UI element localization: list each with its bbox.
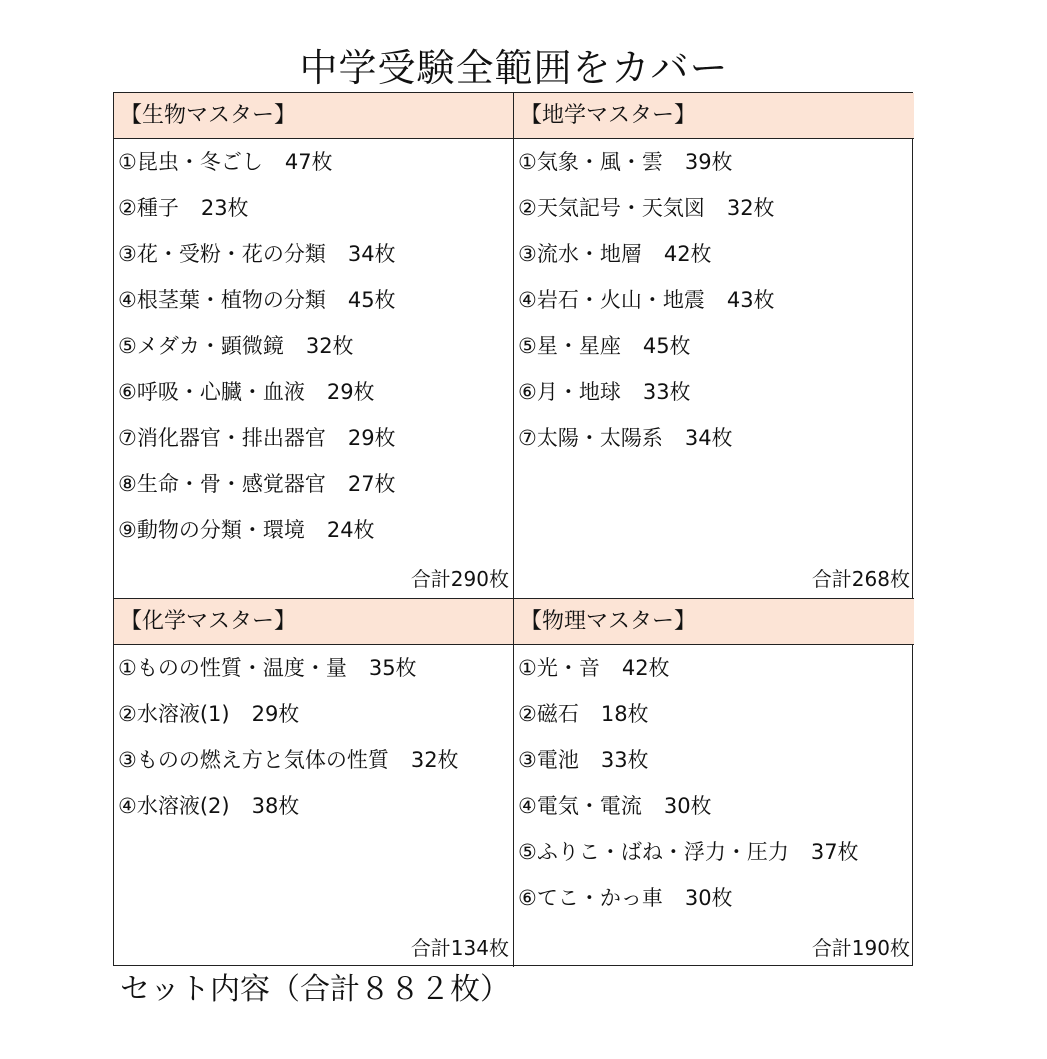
item-count: 30枚 xyxy=(685,886,733,910)
item-label: ⑤メダカ・顕微鏡 xyxy=(118,334,284,358)
contents-table: 【生物マスター】 ①昆虫・冬ごし47枚 ②種子23枚 ③花・受粉・花の分類34枚… xyxy=(113,92,913,966)
item-count: 18枚 xyxy=(601,702,649,726)
list-item: ⑥てこ・かっ車30枚 xyxy=(514,875,914,921)
item-count: 27枚 xyxy=(348,472,396,496)
list-item: ①光・音42枚 xyxy=(514,645,914,691)
list-item: ⑤ふりこ・ばね・浮力・圧力37枚 xyxy=(514,829,914,875)
item-label: ①光・音 xyxy=(518,656,600,680)
section-physics: 【物理マスター】 ①光・音42枚 ②磁石18枚 ③電池33枚 ④電気・電流30枚… xyxy=(514,599,914,967)
section-chemistry: 【化学マスター】 ①ものの性質・温度・量35枚 ②水溶液(1)29枚 ③ものの燃… xyxy=(114,599,514,967)
item-count: 47枚 xyxy=(285,150,333,174)
list-item: ①気象・風・雲39枚 xyxy=(514,139,914,185)
item-label: ②天気記号・天気図 xyxy=(518,196,705,220)
set-contents-summary: セット内容（合計８８２枚） xyxy=(120,968,510,1012)
list-item: ②天気記号・天気図32枚 xyxy=(514,185,914,231)
section-total: 合計290枚 xyxy=(411,566,509,592)
list-item: ②種子23枚 xyxy=(114,185,513,231)
item-count: 24枚 xyxy=(327,518,375,542)
section-heading: 【地学マスター】 xyxy=(514,93,914,139)
list-item: ⑦消化器官・排出器官29枚 xyxy=(114,415,513,461)
item-count: 32枚 xyxy=(306,334,354,358)
item-label: ①気象・風・雲 xyxy=(518,150,663,174)
list-item: ⑦太陽・太陽系34枚 xyxy=(514,415,914,461)
list-item: ③流水・地層42枚 xyxy=(514,231,914,277)
item-count: 42枚 xyxy=(622,656,670,680)
item-label: ⑤ふりこ・ばね・浮力・圧力 xyxy=(518,840,789,864)
item-list: ①気象・風・雲39枚 ②天気記号・天気図32枚 ③流水・地層42枚 ④岩石・火山… xyxy=(514,139,914,461)
list-item: ⑥呼吸・心臓・血液29枚 xyxy=(114,369,513,415)
section-total: 合計268枚 xyxy=(812,566,910,592)
list-item: ①昆虫・冬ごし47枚 xyxy=(114,139,513,185)
item-count: 32枚 xyxy=(411,748,459,772)
item-count: 33枚 xyxy=(643,380,691,404)
item-label: ①昆虫・冬ごし xyxy=(118,150,263,174)
item-count: 45枚 xyxy=(643,334,691,358)
item-label: ⑦消化器官・排出器官 xyxy=(118,426,326,450)
item-label: ⑦太陽・太陽系 xyxy=(518,426,663,450)
item-count: 32枚 xyxy=(727,196,775,220)
list-item: ④電気・電流30枚 xyxy=(514,783,914,829)
item-label: ②水溶液(1) xyxy=(118,702,230,726)
item-label: ⑨動物の分類・環境 xyxy=(118,518,305,542)
item-count: 43枚 xyxy=(727,288,775,312)
item-list: ①昆虫・冬ごし47枚 ②種子23枚 ③花・受粉・花の分類34枚 ④根茎葉・植物の… xyxy=(114,139,513,553)
item-count: 33枚 xyxy=(601,748,649,772)
item-label: ⑧生命・骨・感覚器官 xyxy=(118,472,326,496)
item-count: 45枚 xyxy=(348,288,396,312)
item-count: 29枚 xyxy=(348,426,396,450)
item-label: ⑤星・星座 xyxy=(518,334,621,358)
section-heading: 【生物マスター】 xyxy=(114,93,513,139)
section-total: 合計190枚 xyxy=(812,935,910,961)
item-count: 42枚 xyxy=(664,242,712,266)
page-title: 中学受験全範囲をカバー xyxy=(0,44,1028,92)
section-total: 合計134枚 xyxy=(411,935,509,961)
item-count: 34枚 xyxy=(348,242,396,266)
item-count: 29枚 xyxy=(327,380,375,404)
list-item: ③花・受粉・花の分類34枚 xyxy=(114,231,513,277)
item-label: ⑥月・地球 xyxy=(518,380,621,404)
section-heading: 【物理マスター】 xyxy=(514,599,914,645)
item-label: ④水溶液(2) xyxy=(118,794,230,818)
list-item: ⑧生命・骨・感覚器官27枚 xyxy=(114,461,513,507)
item-label: ③ものの燃え方と気体の性質 xyxy=(118,748,389,772)
list-item: ③電池33枚 xyxy=(514,737,914,783)
list-item: ④岩石・火山・地震43枚 xyxy=(514,277,914,323)
item-label: ①ものの性質・温度・量 xyxy=(118,656,347,680)
item-count: 30枚 xyxy=(664,794,712,818)
item-label: ⑥呼吸・心臓・血液 xyxy=(118,380,305,404)
item-label: ④電気・電流 xyxy=(518,794,642,818)
list-item: ⑨動物の分類・環境24枚 xyxy=(114,507,513,553)
item-count: 39枚 xyxy=(685,150,733,174)
list-item: ①ものの性質・温度・量35枚 xyxy=(114,645,513,691)
item-label: ②種子 xyxy=(118,196,179,220)
item-label: ④根茎葉・植物の分類 xyxy=(118,288,326,312)
list-item: ⑤メダカ・顕微鏡32枚 xyxy=(114,323,513,369)
item-count: 38枚 xyxy=(252,794,300,818)
item-label: ②磁石 xyxy=(518,702,579,726)
item-count: 29枚 xyxy=(252,702,300,726)
list-item: ④水溶液(2)38枚 xyxy=(114,783,513,829)
section-biology: 【生物マスター】 ①昆虫・冬ごし47枚 ②種子23枚 ③花・受粉・花の分類34枚… xyxy=(114,93,514,599)
item-list: ①光・音42枚 ②磁石18枚 ③電池33枚 ④電気・電流30枚 ⑤ふりこ・ばね・… xyxy=(514,645,914,921)
list-item: ③ものの燃え方と気体の性質32枚 xyxy=(114,737,513,783)
list-item: ④根茎葉・植物の分類45枚 xyxy=(114,277,513,323)
list-item: ⑤星・星座45枚 xyxy=(514,323,914,369)
item-count: 37枚 xyxy=(811,840,859,864)
section-earth-science: 【地学マスター】 ①気象・風・雲39枚 ②天気記号・天気図32枚 ③流水・地層4… xyxy=(514,93,914,599)
item-label: ③電池 xyxy=(518,748,579,772)
item-label: ④岩石・火山・地震 xyxy=(518,288,705,312)
item-count: 23枚 xyxy=(201,196,249,220)
item-list: ①ものの性質・温度・量35枚 ②水溶液(1)29枚 ③ものの燃え方と気体の性質3… xyxy=(114,645,513,829)
section-heading: 【化学マスター】 xyxy=(114,599,513,645)
list-item: ②磁石18枚 xyxy=(514,691,914,737)
list-item: ②水溶液(1)29枚 xyxy=(114,691,513,737)
list-item: ⑥月・地球33枚 xyxy=(514,369,914,415)
item-label: ③花・受粉・花の分類 xyxy=(118,242,326,266)
item-count: 35枚 xyxy=(369,656,417,680)
item-count: 34枚 xyxy=(685,426,733,450)
item-label: ⑥てこ・かっ車 xyxy=(518,886,663,910)
item-label: ③流水・地層 xyxy=(518,242,642,266)
